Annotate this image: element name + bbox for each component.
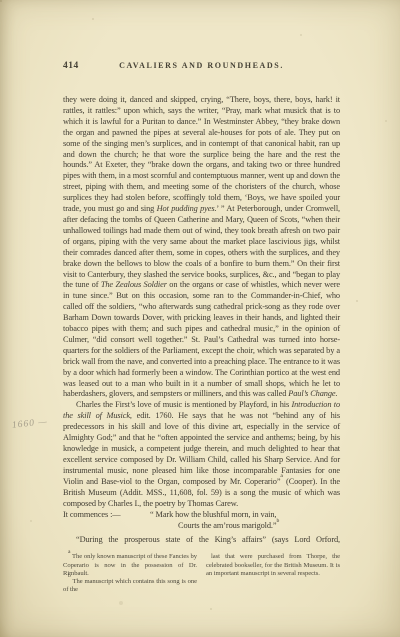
page-body: they were doing it, danced and skipped, … [63,95,340,594]
footnote-column-left: a The only known manuscript of these Fan… [63,553,197,594]
book-page-scan: 414 CAVALIERS AND ROUNDHEADS. 1660 — the… [0,0,400,637]
closing-paragraph: “During the prosperous state of the King… [63,535,340,546]
footnote: last that were purchased from Thorpe, th… [206,553,340,578]
paragraph: they were doing it, danced and skipped, … [63,95,340,400]
page-header: 414 CAVALIERS AND ROUNDHEADS. [63,61,340,75]
margin-pencil-annotation: 1660 — [12,417,49,431]
body-paragraphs: they were doing it, danced and skipped, … [63,95,340,509]
running-head: CAVALIERS AND ROUNDHEADS. [63,61,340,70]
verse-line-1: “ Mark how the blushful morn, in vain, [150,510,340,521]
page-number: 414 [63,61,79,71]
footnote: a The only known manuscript of these Fan… [63,553,197,578]
paragraph: Charles the First’s love of music is men… [63,400,340,509]
footnotes: a The only known manuscript of these Fan… [63,553,340,594]
paper-specks [0,0,2,2]
verse-quote: It commences :— “ Mark how the blushful … [63,510,340,533]
verse-line-2: Courts the am’rous marigold.”b [178,521,340,532]
footnote: b The manuscript which contains this son… [63,578,197,594]
verse-intro: It commences :— [63,510,121,521]
footnote-column-right: last that were purchased from Thorpe, th… [206,553,340,594]
